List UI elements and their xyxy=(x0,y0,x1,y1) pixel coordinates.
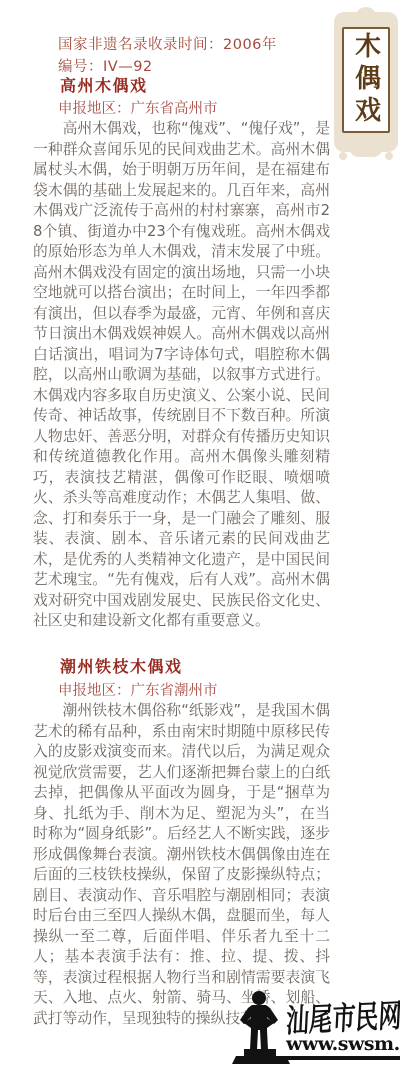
frame-ornament xyxy=(355,7,377,19)
heritage-list-time: 国家非遗名录收录时间：2006年 xyxy=(58,35,277,55)
document-page: 国家非遗名录收录时间：2006年 编号：IV—92 高州木偶戏 申报地区：广东省… xyxy=(0,0,400,1065)
heritage-number: 编号：IV—92 xyxy=(58,57,153,77)
declared-region-gaozhou: 申报地区：广东省高州市 xyxy=(58,100,218,118)
declared-region-chaozhou: 申报地区：广东省潮州市 xyxy=(58,682,218,700)
section-heading-gaozhou: 高州木偶戏 xyxy=(60,76,148,96)
frame-ornament xyxy=(349,145,383,157)
vertical-title-frame: 木偶戏 xyxy=(334,12,398,152)
section-heading-chaozhou: 潮州铁枝木偶戏 xyxy=(60,657,183,677)
watermark-url: www.swsm.net xyxy=(286,1033,400,1060)
vertical-title-panel: 木偶戏 xyxy=(342,27,390,133)
section-body-chaozhou: 潮州铁枝木偶俗称“纸影戏”，是我国木偶艺术的稀有品种，系由南宋时期随中原移民传入… xyxy=(33,701,330,1029)
section-body-gaozhou: 高州木偶戏，也称“傀戏”、“傀仔戏”，是一种群众喜闻乐见的民间戏曲艺术。高州木偶… xyxy=(33,119,330,632)
vertical-page-title: 木偶戏 xyxy=(348,32,385,128)
